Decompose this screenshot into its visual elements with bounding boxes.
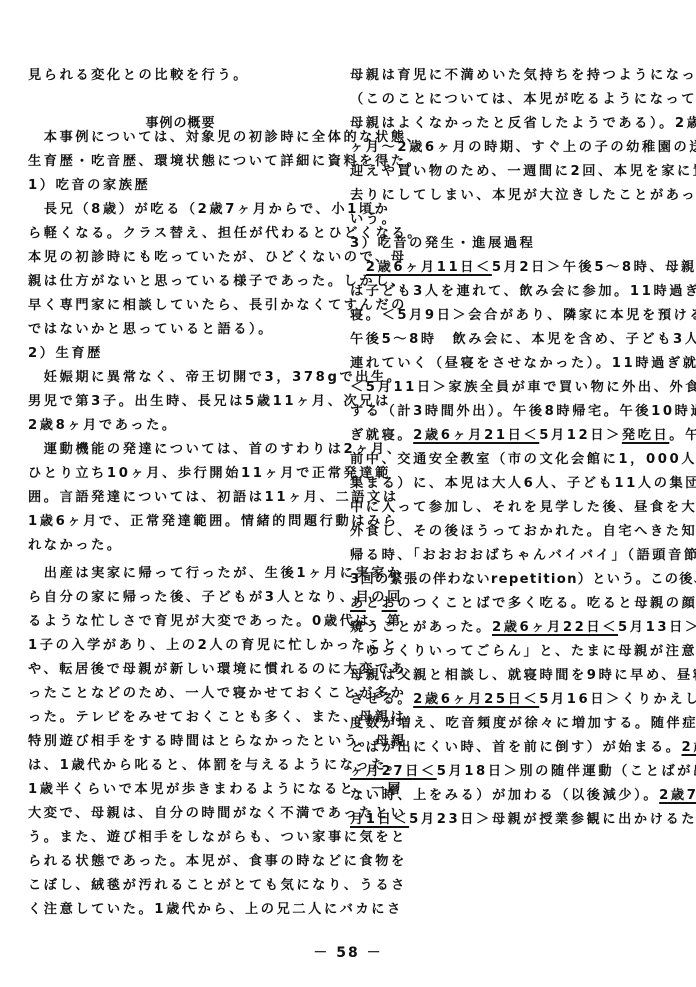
text-line: 母親は育児に不満めいた気持ちを持つようになった [350, 68, 696, 84]
text-line: 1子の入学があり、上の2人の育児に忙しかったこと [28, 638, 399, 654]
page-number: － 58 － [0, 942, 696, 962]
text-line: あとおのつくことばで多く吃る。吃ると母親の顔色を [350, 596, 696, 612]
underlined-syllable: あ [350, 596, 366, 611]
text-line: 出産は実家に帰って行ったが、生後1ヶ月に実家か [28, 566, 403, 582]
text-line: 母親はよくなかったと反省したようである）。2歳0 [350, 116, 696, 132]
text-line: 連れていく（昼寝をさせなかった）。11時過ぎ就寝。 [350, 356, 696, 372]
text-line: 男児で第3子。出生時、長兄は5歳11ヶ月、次兄は [28, 394, 391, 410]
text-line: ひとり立ち10ヶ月、歩行開始11ヶ月で正常発達範 [28, 466, 391, 482]
text-span: 窺うことがあった。 [350, 620, 492, 635]
text-line: ぎ就寝。2歳6ヶ月21日＜5月12日＞発吃日。午 [350, 428, 696, 444]
underlined-date: 月1日＜ [350, 812, 409, 827]
text-line: ではないかと思っていると語る）。 [28, 322, 274, 338]
text-line: 度数が増え、吃音頻度が徐々に増加する。随伴症状(こ [350, 716, 696, 732]
text-line: 囲。言語発達については、初語は11ヶ月、二語文は [28, 490, 399, 506]
text-line: 集まる）に、本児は大人6人、子ども11人の集団の [350, 476, 696, 492]
underlined-onset-day: 発吃日 [622, 428, 669, 443]
underlined-date: 2歳6ヶ月22日＜ [492, 620, 618, 635]
text-span: 5月16日＞くりかえし [539, 692, 696, 707]
subsection-heading-developmental-history: 2）生育歴 [28, 346, 103, 362]
underlined-date: 2歳6ヶ月25日＜ [413, 692, 539, 707]
text-span: 5月12日＞ [539, 428, 622, 443]
text-line: 運動機能の発達については、首のすわりは2ヶ月、 [28, 442, 403, 458]
text-span: ない時、上をみる）が加わる（以後減少）。 [350, 788, 659, 803]
text-line: 3回の緊張の伴わないrepetition）という。この後、 [350, 572, 696, 588]
underlined-date: ヶ月27日＜ [350, 764, 437, 779]
text-line: させる。2歳6ヶ月25日＜5月16日＞くりかえし [350, 692, 696, 708]
text-span: 5月2日＞午後5～8時、母親 [492, 260, 696, 275]
text-line: 迎えや買い物のため、一週間に2回、本児を家に置き [350, 164, 696, 180]
text-line: 長兄（8歳）が吃る（2歳7ヶ月からで、小1頃か [28, 202, 390, 218]
text-line: 母親は父親と相談し、就寝時間を9時に早め、昼寝を [350, 668, 696, 684]
text-line: 見られる変化との比較を行う。 [28, 68, 249, 84]
text-span: させる。 [350, 692, 413, 707]
underlined-date: 2歳6ヶ月11日＜ [366, 260, 492, 275]
text-line: 「ゆっくりいってごらん」と、たまに母親が注意する。 [350, 644, 696, 660]
text-span: ぎ就寝。 [350, 428, 413, 443]
text-line: いう。 [350, 212, 397, 228]
text-line: 帰る時、「おおおおばちゃんバイバイ」（語頭音節の [350, 548, 696, 564]
text-line: は子ども3人を連れて、飲み会に参加。11時過ぎ就 [350, 284, 696, 300]
text-line: 去りにしてしまい、本児が大泣きしたことがあったと [350, 188, 696, 204]
text-line: 窺うことがあった。2歳6ヶ月22日＜5月13日＞ [350, 620, 696, 636]
subsection-heading-family-history: 1）吃音の家族歴 [28, 178, 150, 194]
text-line: 妊娠期に異常なく、帝王切開で3，378gで出生。 [28, 370, 403, 386]
text-line: 1歳6ヶ月で、正常発達範囲。情緒的問題行動はみら [28, 514, 399, 530]
text-line: く注意していた。1歳代から、上の兄二人にバカにさ [28, 902, 403, 918]
text-line: ら自分の家に帰った後、子どもが3人となり、目の回 [28, 590, 403, 606]
text-line: う。また、遊び相手をしながらも、つい家事に気をと [28, 830, 407, 846]
text-span: 5月18日＞別の随伴運動（ことばが出 [437, 764, 696, 779]
text-line: 2歳8ヶ月であった。 [28, 418, 178, 434]
text-line: とばが出にくい時、首を前に倒す）が始まる。2歳6 [350, 740, 696, 756]
text-line: 2歳6ヶ月11日＜5月2日＞午後5～8時、母親 [350, 260, 696, 276]
text-line: られる状態であった。本児が、食事の時などに食物を [28, 854, 407, 870]
text-line: ヶ月～2歳6ヶ月の時期、すぐ上の子の幼稚園の送り [350, 140, 696, 156]
text-line: 中に入って参加し、それを見学した後、昼食を大勢で [350, 500, 696, 516]
text-span: と [366, 596, 382, 611]
text-line: 寝。＜5月9日＞会合があり、隣家に本児を預ける。 [350, 308, 696, 324]
text-line: ヶ月27日＜5月18日＞別の随伴運動（ことばが出 [350, 764, 696, 780]
text-line: 1歳半くらいで本児が歩きまわるようになると、一層 [28, 782, 403, 798]
underlined-date: 2歳6 [682, 740, 696, 755]
underlined-date: 2歳6ヶ月21日＜ [413, 428, 539, 443]
text-line: れなかった。 [28, 538, 123, 554]
text-span: 5月13日＞ [618, 620, 696, 635]
text-span: 5月23日＞母親が授業参観に出かけるため、 [409, 812, 696, 827]
text-line: 月1日＜5月23日＞母親が授業参観に出かけるため、 [350, 812, 696, 828]
text-span: のつくことばで多く吃る。吃ると母親の顔色を [397, 596, 696, 611]
text-line: する（計3時間外出）。午後8時帰宅。午後10時過 [350, 404, 696, 420]
text-line: こぼし、絨毯が汚れることがとても気になり、うるさ [28, 878, 407, 894]
text-line: 外食し、その後ほうっておかれた。自宅へきた知人が [350, 524, 696, 540]
text-line: 前中、交通安全教室（市の文化会館に1，000人が [350, 452, 696, 468]
text-span: とばが出にくい時、首を前に倒す）が始まる。 [350, 740, 682, 755]
text-line: は、1歳代から叱ると、体罰を与えるようになった。 [28, 758, 403, 774]
text-line: るような忙しさで育児が大変であった。0歳代は、第 [28, 614, 403, 630]
section-heading-case-overview: 事例の概要 [28, 112, 333, 131]
underlined-date: 2歳7ヶ [659, 788, 696, 803]
underlined-syllable: お [382, 596, 398, 611]
text-line: ＜5月11日＞家族全員が車で買い物に外出、外食も [350, 380, 696, 396]
text-line: （このことについては、本児が吃るようになってから、 [350, 92, 696, 108]
subsection-heading-onset-progression: 3）吃音の発生・進展過程 [350, 236, 535, 252]
text-line: ない時、上をみる）が加わる（以後減少）。2歳7ヶ [350, 788, 696, 804]
text-line: 午後5～8時 飲み会に、本児を含め、子ども3人を [350, 332, 696, 348]
text-span: 。午 [669, 428, 696, 443]
